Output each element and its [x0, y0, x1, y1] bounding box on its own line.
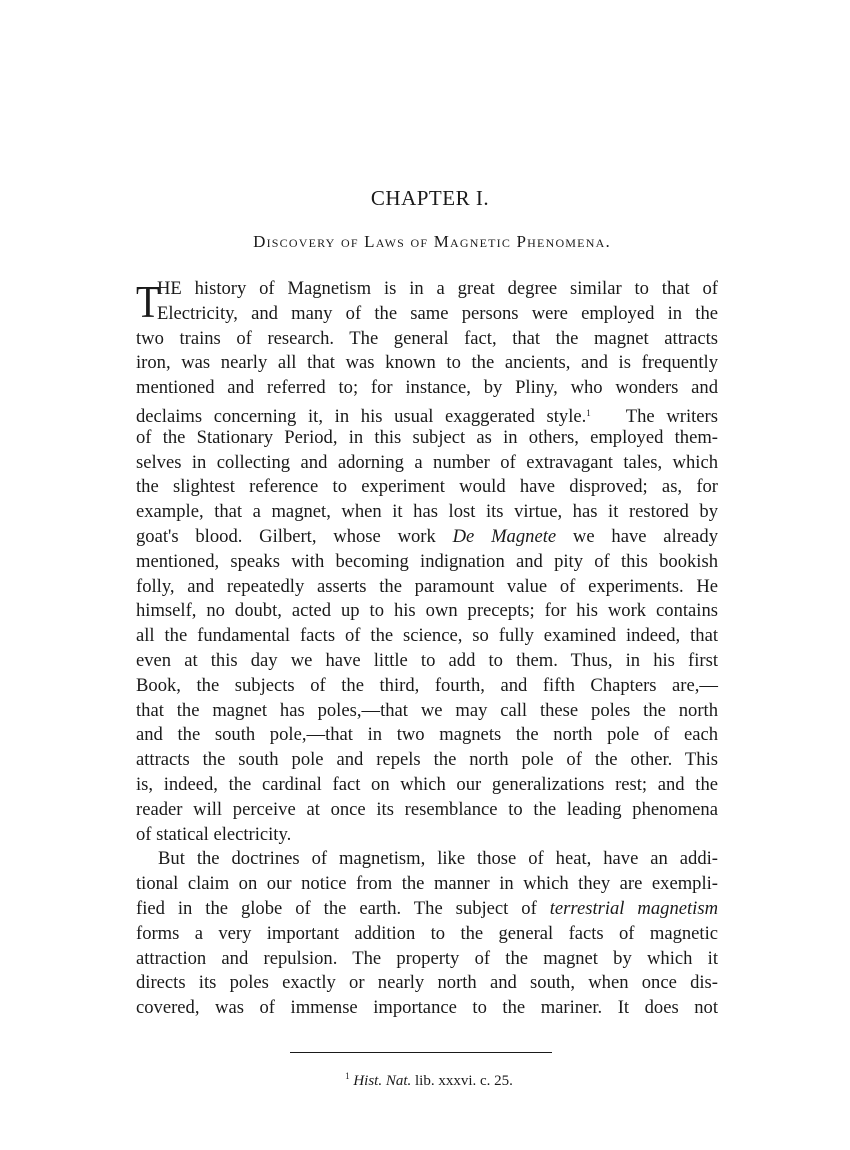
text-line: covered, was of immense importance to th…	[136, 996, 718, 1021]
footnote-italic: Hist. Nat.	[353, 1073, 411, 1089]
text-line: HE history of Magnetism is in a great de…	[136, 277, 718, 302]
text-line: iron, was nearly all that was known to t…	[136, 351, 718, 376]
text-line: example, that a magnet, when it has lost…	[136, 500, 718, 525]
text-line: Book, the subjects of the third, fourth,…	[136, 674, 718, 699]
text-line: folly, and repeatedly asserts the paramo…	[136, 575, 718, 600]
book-page: CHAPTER I. Discovery of Laws of Magnetic…	[0, 0, 850, 1150]
text-line: two trains of research. The general fact…	[136, 327, 718, 352]
footnote: 1 Hist. Nat. lib. xxxvi. c. 25.	[8, 1071, 850, 1090]
text-fragment: declaims concerning it, in his usual exa…	[136, 406, 586, 427]
text-line: all the fundamental facts of the science…	[136, 624, 718, 649]
text-line: declaims concerning it, in his usual exa…	[136, 401, 718, 426]
text-line: Electricity, and many of the same person…	[136, 302, 718, 327]
text-line: forms a very important addition to the g…	[136, 922, 718, 947]
footnote-ref: 1	[586, 408, 591, 418]
text-line: goat's blood. Gilbert, whose work De Mag…	[136, 525, 718, 550]
text-line: attraction and repulsion. The property o…	[136, 947, 718, 972]
chapter-subtitle: Discovery of Laws of Magnetic Phenomena.	[14, 232, 850, 252]
text-line: attracts the south pole and repels the n…	[136, 748, 718, 773]
text-fragment: The writers	[626, 406, 718, 427]
footnote-marker: 1	[345, 1071, 350, 1081]
italic-term: terrestrial magnetism	[550, 898, 718, 919]
footnote-text: lib. xxxvi. c. 25.	[415, 1073, 513, 1089]
text-line: But the doctrines of magnetism, like tho…	[136, 847, 718, 872]
text-line: fied in the globe of the earth. The subj…	[136, 897, 718, 922]
text-line: that the magnet has poles,—that we may c…	[136, 699, 718, 724]
text-line: selves in collecting and adorning a numb…	[136, 451, 718, 476]
text-fragment: we have already	[573, 526, 718, 547]
text-line: directs its poles exactly or nearly nort…	[136, 971, 718, 996]
text-fragment: goat's blood. Gilbert, whose work	[136, 526, 436, 547]
text-line: himself, no doubt, acted up to his own p…	[136, 599, 718, 624]
text-line: and the south pole,—that in two magnets …	[136, 723, 718, 748]
text-line: mentioned and referred to; for instance,…	[136, 376, 718, 401]
italic-title: De Magnete	[453, 526, 557, 547]
drop-cap: T	[136, 279, 160, 325]
text-line: is, indeed, the cardinal fact on which o…	[136, 773, 718, 798]
footnote-divider	[290, 1052, 552, 1053]
text-line: tional claim on our notice from the mann…	[136, 872, 718, 897]
text-line: even at this day we have little to add t…	[136, 649, 718, 674]
text-line: reader will perceive at once its resembl…	[136, 798, 718, 823]
chapter-title: CHAPTER I.	[10, 186, 850, 211]
text-line: of the Stationary Period, in this subjec…	[136, 426, 718, 451]
text-line: the slightest reference to experiment wo…	[136, 475, 718, 500]
body-text: T HE history of Magnetism is in a great …	[136, 277, 718, 1021]
text-fragment: fied in the globe of the earth. The subj…	[136, 898, 537, 919]
text-line: of statical electricity.	[136, 823, 718, 848]
paragraph-1: T HE history of Magnetism is in a great …	[136, 277, 718, 327]
text-line: mentioned, speaks with becoming indignat…	[136, 550, 718, 575]
